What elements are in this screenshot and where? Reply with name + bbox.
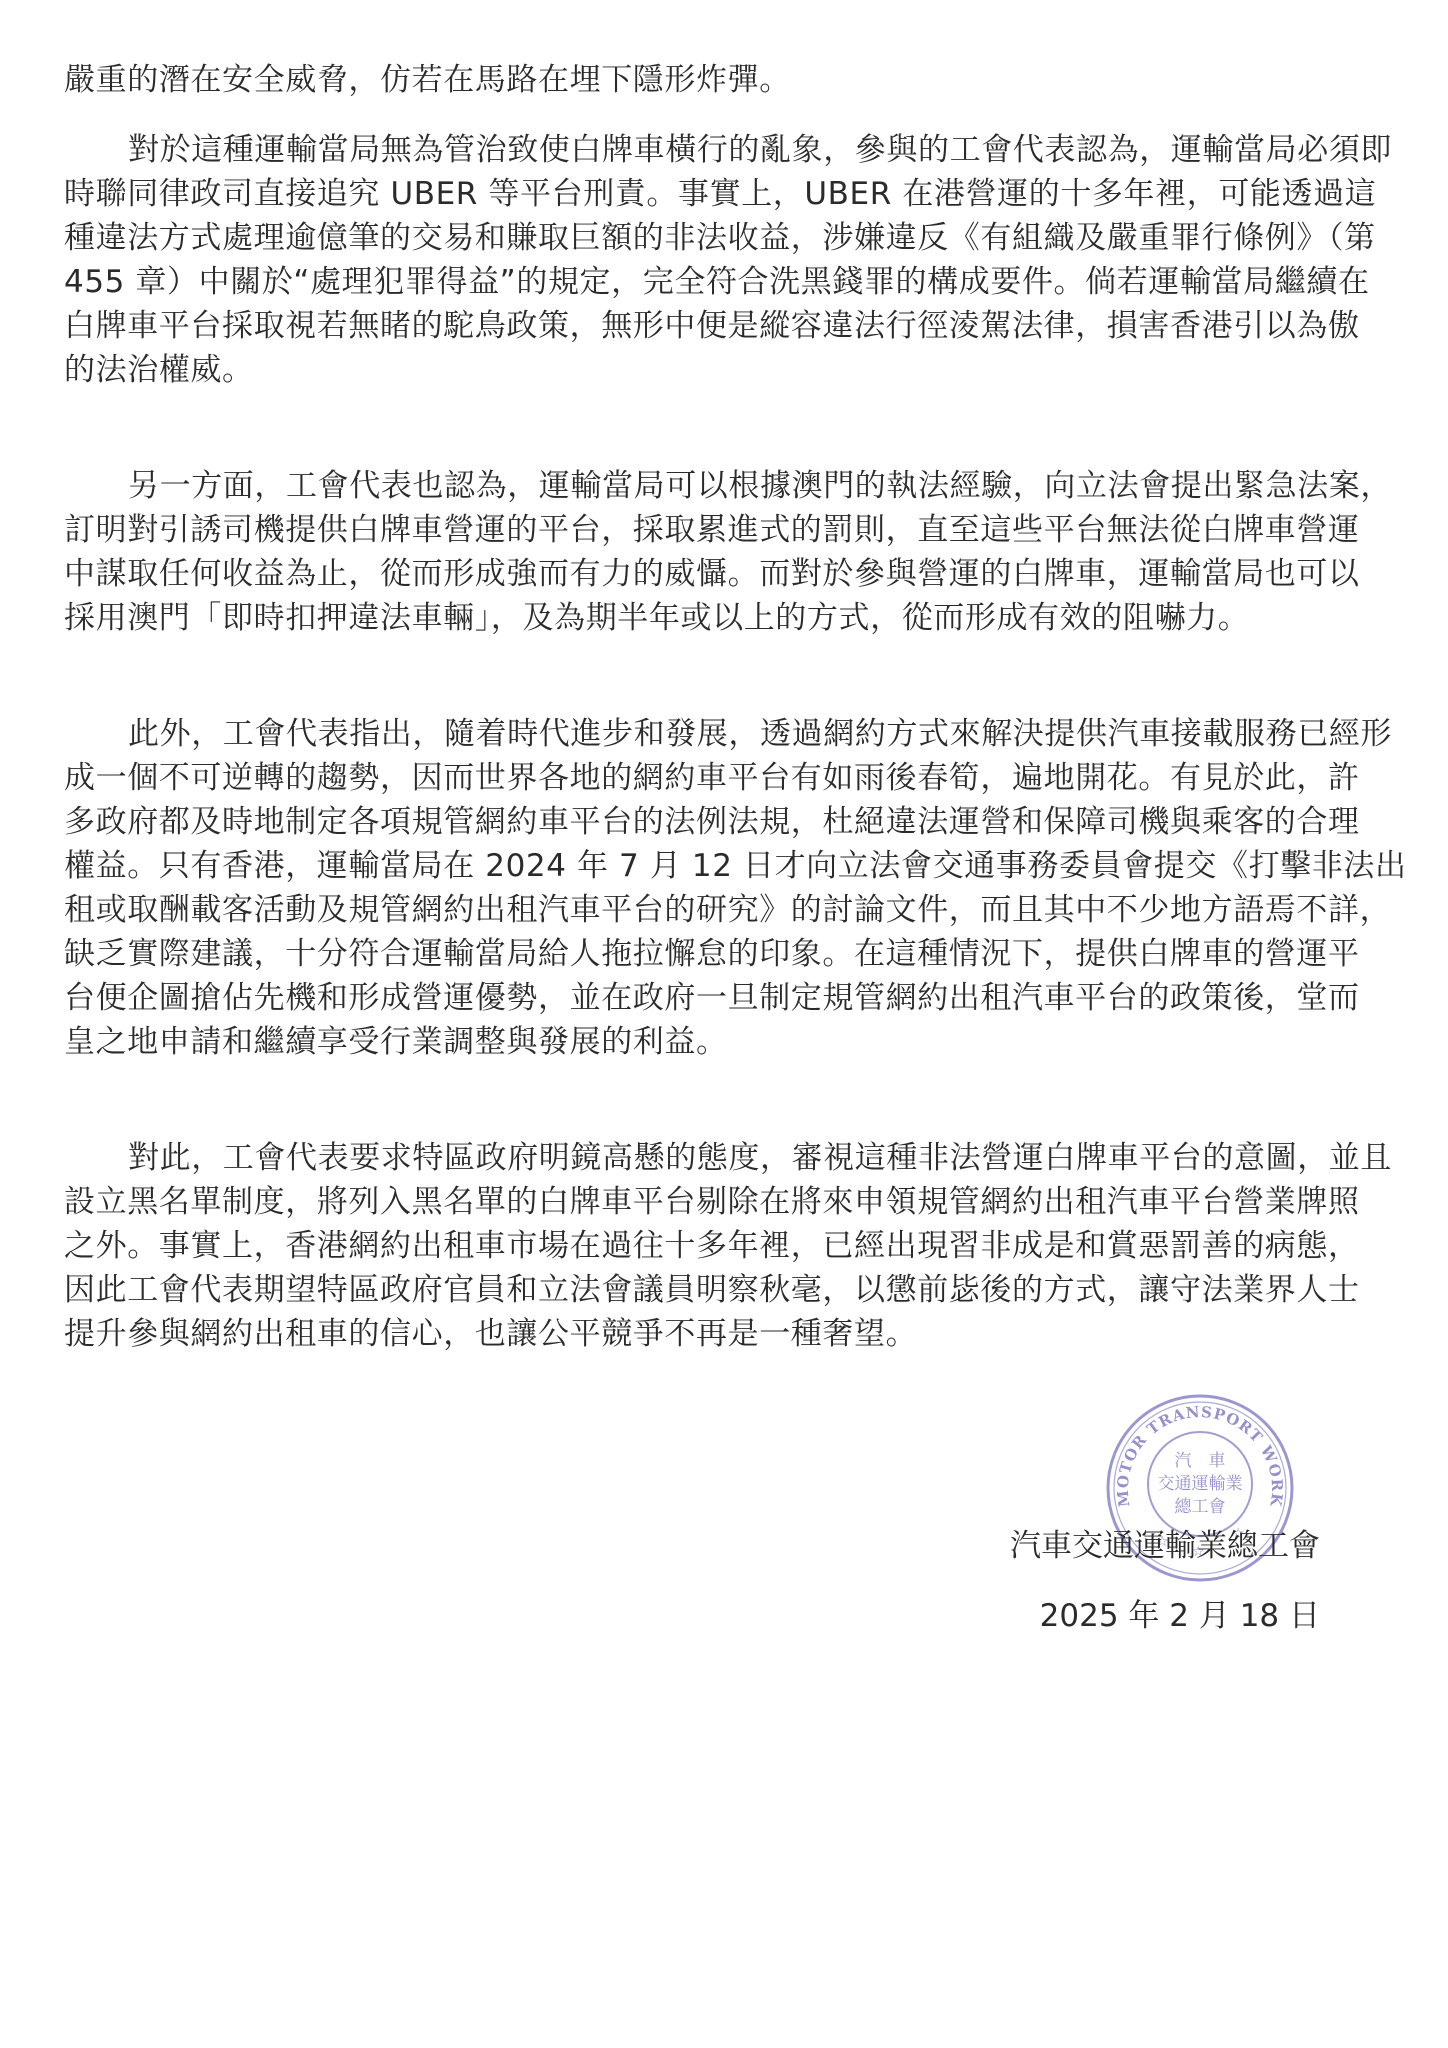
signature-organization: 汽車交通運輸業總工會 [1010, 1524, 1320, 1568]
text-line: 之外。事實上，香港網約出租車市場在過往十多年裡，已經出現習非成是和賞惡罰善的病態… [64, 1224, 1354, 1268]
text-line: 因此工會代表期望特區政府官員和立法會議員明察秋毫，以懲前毖後的方式，讓守法業界人… [64, 1268, 1354, 1312]
text-line: 多政府都及時地制定各項規管網約車平台的法例法規，杜絕違法運營和保障司機與乘客的合… [64, 800, 1354, 844]
text-line: 採用澳門「即時扣押違法車輛」，及為期半年或以上的方式，從而形成有效的阻嚇力。 [64, 596, 1354, 640]
text-line: 白牌車平台採取視若無睹的駝鳥政策，無形中便是縱容違法行徑淩駕法律，損害香港引以為… [64, 304, 1354, 348]
text-line: 成一個不可逆轉的趨勢，因而世界各地的網約車平台有如雨後春筍，遍地開花。有見於此，… [64, 756, 1354, 800]
svg-text:汽 車: 汽 車 [1175, 1451, 1226, 1471]
paragraph-blacklist: 對此，工會代表要求特區政府明鏡高懸的態度，審視這種非法營運白牌車平台的意圖，並且… [64, 1136, 1354, 1356]
text-line: 訂明對引誘司機提供白牌車營運的平台，採取累進式的罰則，直至這些平台無法從白牌車營… [64, 508, 1354, 552]
text-line: 對此，工會代表要求特區政府明鏡高懸的態度，審視這種非法營運白牌車平台的意圖，並且 [64, 1136, 1354, 1180]
document-page: 嚴重的潛在安全威脅，仿若在馬路在埋下隱形炸彈。 對於這種運輸當局無為管治致使白牌… [0, 0, 1448, 2048]
svg-text:總工會: 總工會 [1175, 1497, 1226, 1517]
text-line: 的法治權威。 [64, 348, 1354, 392]
text-line: 455 章）中關於“處理犯罪得益”的規定，完全符合洗黑錢罪的構成要件。倘若運輸當… [64, 260, 1354, 304]
text-line: 皇之地申請和繼續享受行業調整與發展的利益。 [64, 1020, 1354, 1064]
svg-text:交通運輸業: 交通運輸業 [1158, 1474, 1243, 1494]
text-line: 時聯同律政司直接追究 UBER 等平台刑責。事實上，UBER 在港營運的十多年裡… [64, 172, 1354, 216]
paragraph-continuation: 嚴重的潛在安全威脅，仿若在馬路在埋下隱形炸彈。 [64, 58, 1354, 102]
text-line: 另一方面，工會代表也認為，運輸當局可以根據澳門的執法經驗，向立法會提出緊急法案， [64, 464, 1354, 508]
text-line: 種違法方式處理逾億筆的交易和賺取巨額的非法收益，涉嫌違反《有組織及嚴重罪行條例》… [64, 216, 1354, 260]
text-line: 設立黑名單制度，將列入黑名單的白牌車平台剔除在將來申領規管網約出租汽車平台營業牌… [64, 1180, 1354, 1224]
paragraph-macau-enforcement: 另一方面，工會代表也認為，運輸當局可以根據澳門的執法經驗，向立法會提出緊急法案，… [64, 464, 1354, 640]
text-line: 提升參與網約出租車的信心，也讓公平競爭不再是一種奢望。 [64, 1312, 1354, 1356]
text-line: 對於這種運輸當局無為管治致使白牌車橫行的亂象，參與的工會代表認為，運輸當局必須即 [64, 128, 1354, 172]
text-line: 缺乏實際建議，十分符合運輸當局給人拖拉懈怠的印象。在這種情況下，提供白牌車的營運… [64, 932, 1354, 976]
text-line: 權益。只有香港，運輸當局在 2024 年 7 月 12 日才向立法會交通事務委員… [64, 844, 1354, 888]
text-line: 台便企圖搶佔先機和形成營運優勢，並在政府一旦制定規管網約出租汽車平台的政策後，堂… [64, 976, 1354, 1020]
text-line: 嚴重的潛在安全威脅，仿若在馬路在埋下隱形炸彈。 [64, 58, 1354, 102]
signature-date: 2025 年 2 月 18 日 [1040, 1594, 1320, 1638]
paragraph-regulation-trend: 此外，工會代表指出，隨着時代進步和發展，透過網約方式來解決提供汽車接載服務已經形… [64, 712, 1354, 1064]
text-line: 此外，工會代表指出，隨着時代進步和發展，透過網約方式來解決提供汽車接載服務已經形 [64, 712, 1354, 756]
text-line: 租或取酬載客活動及規管網約出租汽車平台的研究》的討論文件，而且其中不少地方語焉不… [64, 888, 1354, 932]
text-line: 中謀取任何收益為止，從而形成強而有力的威懾。而對於參與營運的白牌車，運輸當局也可… [64, 552, 1354, 596]
paragraph-criminal-liability: 對於這種運輸當局無為管治致使白牌車橫行的亂象，參與的工會代表認為，運輸當局必須即… [64, 128, 1354, 392]
